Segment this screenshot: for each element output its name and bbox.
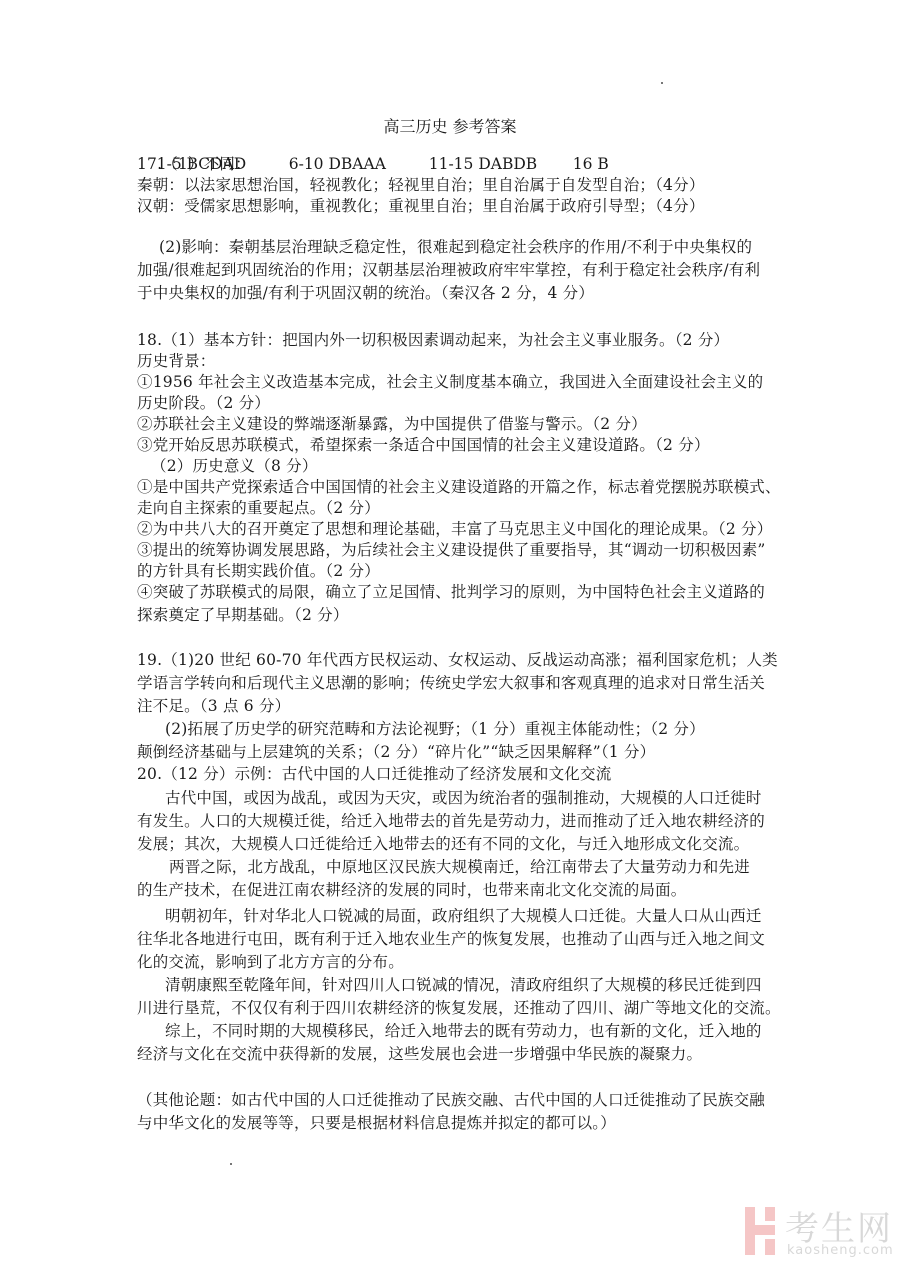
stray-dot bbox=[230, 1163, 232, 1165]
text-line: 有发生。人口的大规模迁徙，给迁入地带去的首先是劳动力，进而推动了迁入地农耕经济的 bbox=[137, 811, 765, 831]
text-line: 的生产技术，在促进江南农耕经济的发展的同时，也带来南北文化交流的局面。 bbox=[137, 880, 687, 900]
text-line: 19.（1)20 世纪 60-70 年代西方民权运动、女权运动、反战运动高涨；福… bbox=[137, 650, 778, 670]
kaosheng-logo-icon bbox=[745, 1207, 775, 1255]
text-line: 川进行垦荒，不仅仅有利于四川农耕经济的恢复发展，还推动了四川、湖广等地文化的交流… bbox=[137, 998, 781, 1018]
text-line: 秦朝：以法家思想治国，轻视教化；轻视里自治；里自治属于自发型自治；（4分） bbox=[137, 175, 705, 195]
document-page: 高三历史 参考答案 1-5 BCDAD6-10 DBAAA11-15 DABDB… bbox=[0, 0, 900, 1273]
text-line: （其他论题：如古代中国的人口迁徙推动了民族交融、古代中国的人口迁徙推动了民族交融 bbox=[137, 1090, 765, 1110]
text-line: 清朝康熙至乾隆年间，针对四川人口锐减的情况，清政府组织了大规模的移民迁徙到四 bbox=[165, 975, 762, 995]
answer-group: 16 B bbox=[573, 154, 609, 174]
text-line: 注不足。（3 点 6 分） bbox=[137, 696, 290, 716]
text-line: 汉朝：受儒家思想影响，重视教化；重视里自治；里自治属于政府引导型；（4分） bbox=[137, 196, 705, 216]
answer-group: 6-10 DBAAA bbox=[289, 154, 429, 174]
text-line: 17.（1）不同： bbox=[137, 154, 251, 174]
text-line: 颠倒经济基础与上层建筑的关系；（2 分）“碎片化”“缺乏因果解释”（1 分） bbox=[137, 742, 655, 762]
text-line: 的方针具有长期实践价值。（2 分） bbox=[137, 561, 380, 581]
text-line: 化的交流，影响到了北方方言的分布。 bbox=[137, 952, 404, 972]
text-line: ②苏联社会主义建设的弊端逐渐暴露，为中国提供了借鉴与警示。（2 分） bbox=[137, 414, 647, 434]
text-line: ③提出的统筹协调发展思路，为后续社会主义建设提供了重要指导，其“调动一切积极因素… bbox=[137, 540, 766, 560]
text-line: 两晋之际，北方战乱，中原地区汉民族大规模南迁，给江南带去了大量劳动力和先进 bbox=[169, 857, 750, 877]
text-line: 学语言学转向和后现代主义思潮的影响；传统史学宏大叙事和客观真理的追求对日常生活关 bbox=[137, 673, 765, 693]
text-line: 综上，不同时期的大规模移民，给迁入地带去的既有劳动力，也有新的文化，迁入地的 bbox=[165, 1021, 762, 1041]
text-line: ①是中国共产党探索适合中国国情的社会主义建设道路的开篇之作，标志着党摆脱苏联模式… bbox=[137, 477, 781, 497]
text-line: 于中央集权的加强/有利于巩固汉朝的统治。（秦汉各 2 分，4 分） bbox=[137, 283, 594, 303]
text-line: 走向自主探索的重要起点。（2 分） bbox=[137, 498, 380, 518]
text-line: （2）历史意义（8 分） bbox=[151, 456, 318, 476]
text-line: 20.（12 分）示例：古代中国的人口迁徙推动了经济发展和文化交流 bbox=[137, 764, 611, 784]
text-line: 往华北各地进行屯田，既有利于迁入地农业生产的恢复发展，也推动了山西与迁入地之间文 bbox=[137, 929, 765, 949]
text-line: 与中华文化的发展等等，只要是根据材料信息提炼并拟定的都可以。） bbox=[137, 1113, 616, 1133]
text-line: 历史阶段。（2 分） bbox=[137, 393, 270, 413]
text-line: (2)影响：秦朝基层治理缺乏稳定性，很难起到稳定社会秩序的作用/不利于中央集权的 bbox=[159, 237, 752, 257]
text-line: 明朝初年，针对华北人口锐减的局面，政府组织了大规模人口迁徙。大量人口从山西迁 bbox=[165, 906, 762, 926]
stray-dot bbox=[661, 82, 663, 84]
watermark-url: kaosheng.com bbox=[787, 1243, 894, 1258]
text-line: 经济与文化在交流中获得新的发展，这些发展也会进一步增强中华民族的凝聚力。 bbox=[137, 1044, 702, 1064]
text-line: ④突破了苏联模式的局限，确立了立足国情、批判学习的原则，为中国特色社会主义道路的 bbox=[137, 582, 765, 602]
watermark: 考生网 kaosheng.com bbox=[745, 1207, 895, 1267]
text-line: 加强/很难起到巩固统治的作用；汉朝基层治理被政府牢牢掌控，有利于稳定社会秩序/有… bbox=[137, 260, 760, 280]
text-line: 历史背景： bbox=[137, 351, 216, 371]
text-line: (2)拓展了历史学的研究范畴和方法论视野；（1 分）重视主体能动性；（2 分） bbox=[165, 719, 705, 739]
text-line: ③党开始反思苏联模式，希望探索一条适合中国国情的社会主义建设道路。（2 分） bbox=[137, 435, 710, 455]
answer-group: 11-15 DABDB bbox=[429, 154, 573, 174]
text-line: 发展；其次，大规模人口迁徙给迁入地带去的还有不同的文化，与迁入地形成文化交流。 bbox=[137, 834, 749, 854]
text-line: 18.（1）基本方针：把国内外一切积极因素调动起来，为社会主义事业服务。（2 分… bbox=[137, 330, 729, 350]
text-line: 古代中国，或因为战乱，或因为天灾，或因为统治者的强制推动，大规模的人口迁徙时 bbox=[165, 788, 762, 808]
text-line: ①1956 年社会主义改造基本完成，社会主义制度基本确立，我国进入全面建设社会主… bbox=[137, 372, 763, 392]
text-line: 探索奠定了早期基础。（2 分） bbox=[137, 605, 349, 625]
text-line: ②为中共八大的召开奠定了思想和理论基础，丰富了马克思主义中国化的理论成果。（2 … bbox=[137, 519, 772, 539]
